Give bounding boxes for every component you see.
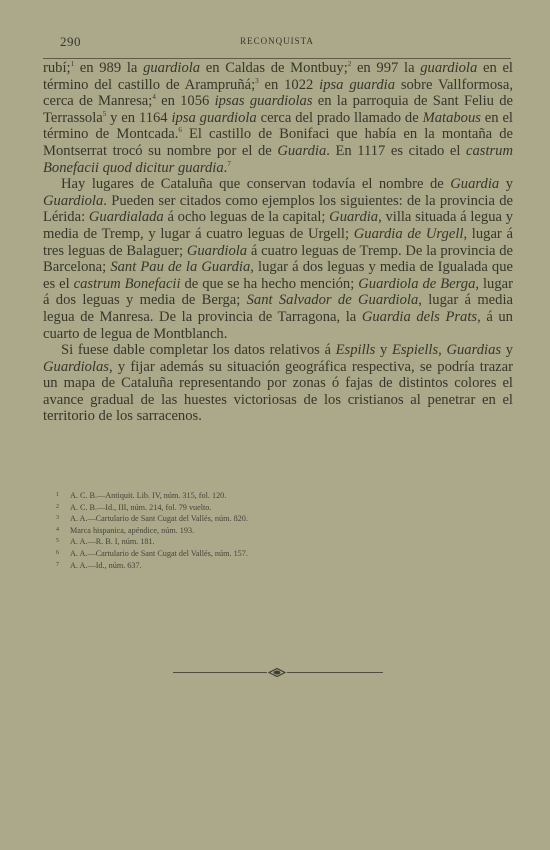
footnote: 5A. A.—R. B. I, núm. 181. <box>56 536 356 548</box>
italic-term: Guardia dels Prats <box>362 309 477 325</box>
paragraph: rubí;1 en 989 la guardiola en Caldas de … <box>43 60 513 176</box>
italic-term: guardiola <box>420 60 477 76</box>
footnotes: 1A. C. B.—Antiquit. Lib. IV, núm. 315, f… <box>56 490 356 571</box>
footnote-ref: 7 <box>227 160 231 168</box>
footnote-text: A. C. B.—Id., III, núm. 214, fol. 79 vue… <box>70 503 211 512</box>
footnote-number: 1 <box>56 490 70 501</box>
italic-term: Guardialada <box>89 209 164 225</box>
footnote: 1A. C. B.—Antiquit. Lib. IV, núm. 315, f… <box>56 490 356 502</box>
footnote-ref: 5 <box>103 110 107 118</box>
italic-term: Matabous <box>423 110 481 126</box>
italic-term: Espills <box>336 342 376 358</box>
footnote-ref: 6 <box>178 126 182 134</box>
footnote: 7A. A.—Id., núm. 637. <box>56 560 356 572</box>
header-rule <box>43 58 511 59</box>
italic-term: Guardiolas <box>43 359 109 375</box>
paragraph: Hay lugares de Cataluña que conservan to… <box>43 176 513 342</box>
footnote-text: A. A.—Cartulario de Sant Cugat del Vallé… <box>70 549 248 558</box>
italic-term: Guardia <box>450 176 499 192</box>
italic-term: Guardia <box>277 143 326 159</box>
book-page: 290 RECONQUISTA rubí;1 en 989 la guardio… <box>0 0 550 850</box>
italic-term: Guardiola de Berga <box>358 276 475 292</box>
section-end-ornament <box>173 668 383 678</box>
italic-term: Guardiola <box>187 243 247 259</box>
footnote-number: 6 <box>56 548 70 559</box>
footnote-text: A. A.—Cartulario de Sant Cugat del Vallé… <box>70 514 248 523</box>
paragraph: Si fuese dable completar los datos relat… <box>43 342 513 425</box>
italic-term: Guardia de Urgell <box>354 226 464 242</box>
italic-term: ipsa guardiola <box>171 110 256 126</box>
footnote-ref: 1 <box>71 60 75 68</box>
italic-term: castrum Bonefacii <box>74 276 181 292</box>
footnote: 2A. C. B.—Id., III, núm. 214, fol. 79 vu… <box>56 502 356 514</box>
footnote-text: A. A.—R. B. I, núm. 181. <box>70 537 155 546</box>
italic-term: Sant Salvador de Guardiola <box>247 292 419 308</box>
ornament-rule-left <box>173 672 267 673</box>
page-header: 290 RECONQUISTA <box>43 34 511 50</box>
body-text: rubí;1 en 989 la guardiola en Caldas de … <box>43 60 513 425</box>
italic-term: Guardia <box>329 209 378 225</box>
italic-term: Guardias <box>446 342 501 358</box>
footnote-text: A. C. B.—Antiquit. Lib. IV, núm. 315, fo… <box>70 491 226 500</box>
footnote-text: A. A.—Id., núm. 637. <box>70 561 142 570</box>
footnote-text: Marca hispanica, apéndice, núm. 193. <box>70 526 194 535</box>
footnote-number: 2 <box>56 502 70 513</box>
footnote-number: 5 <box>56 536 70 547</box>
footnote-ref: 2 <box>348 60 352 68</box>
footnote-number: 3 <box>56 513 70 524</box>
diamond-ornament-icon <box>268 668 286 677</box>
italic-term: guardiola <box>143 60 200 76</box>
italic-term: Espiells <box>392 342 438 358</box>
footnote: 4Marca hispanica, apéndice, núm. 193. <box>56 525 356 537</box>
footnote: 6A. A.—Cartulario de Sant Cugat del Vall… <box>56 548 356 560</box>
footnote: 3A. A.—Cartulario de Sant Cugat del Vall… <box>56 513 356 525</box>
ornament-rule-right <box>287 672 383 673</box>
footnote-number: 4 <box>56 525 70 536</box>
italic-term: Guardiola <box>43 193 103 209</box>
footnote-number: 7 <box>56 560 70 571</box>
italic-term: Sant Pau de la Guardia <box>110 259 250 275</box>
running-title: RECONQUISTA <box>43 36 511 46</box>
footnote-ref: 4 <box>152 93 156 101</box>
footnote-ref: 3 <box>255 77 259 85</box>
italic-term: ipsa guardia <box>319 77 395 93</box>
italic-term: ipsas guardiolas <box>215 93 313 109</box>
